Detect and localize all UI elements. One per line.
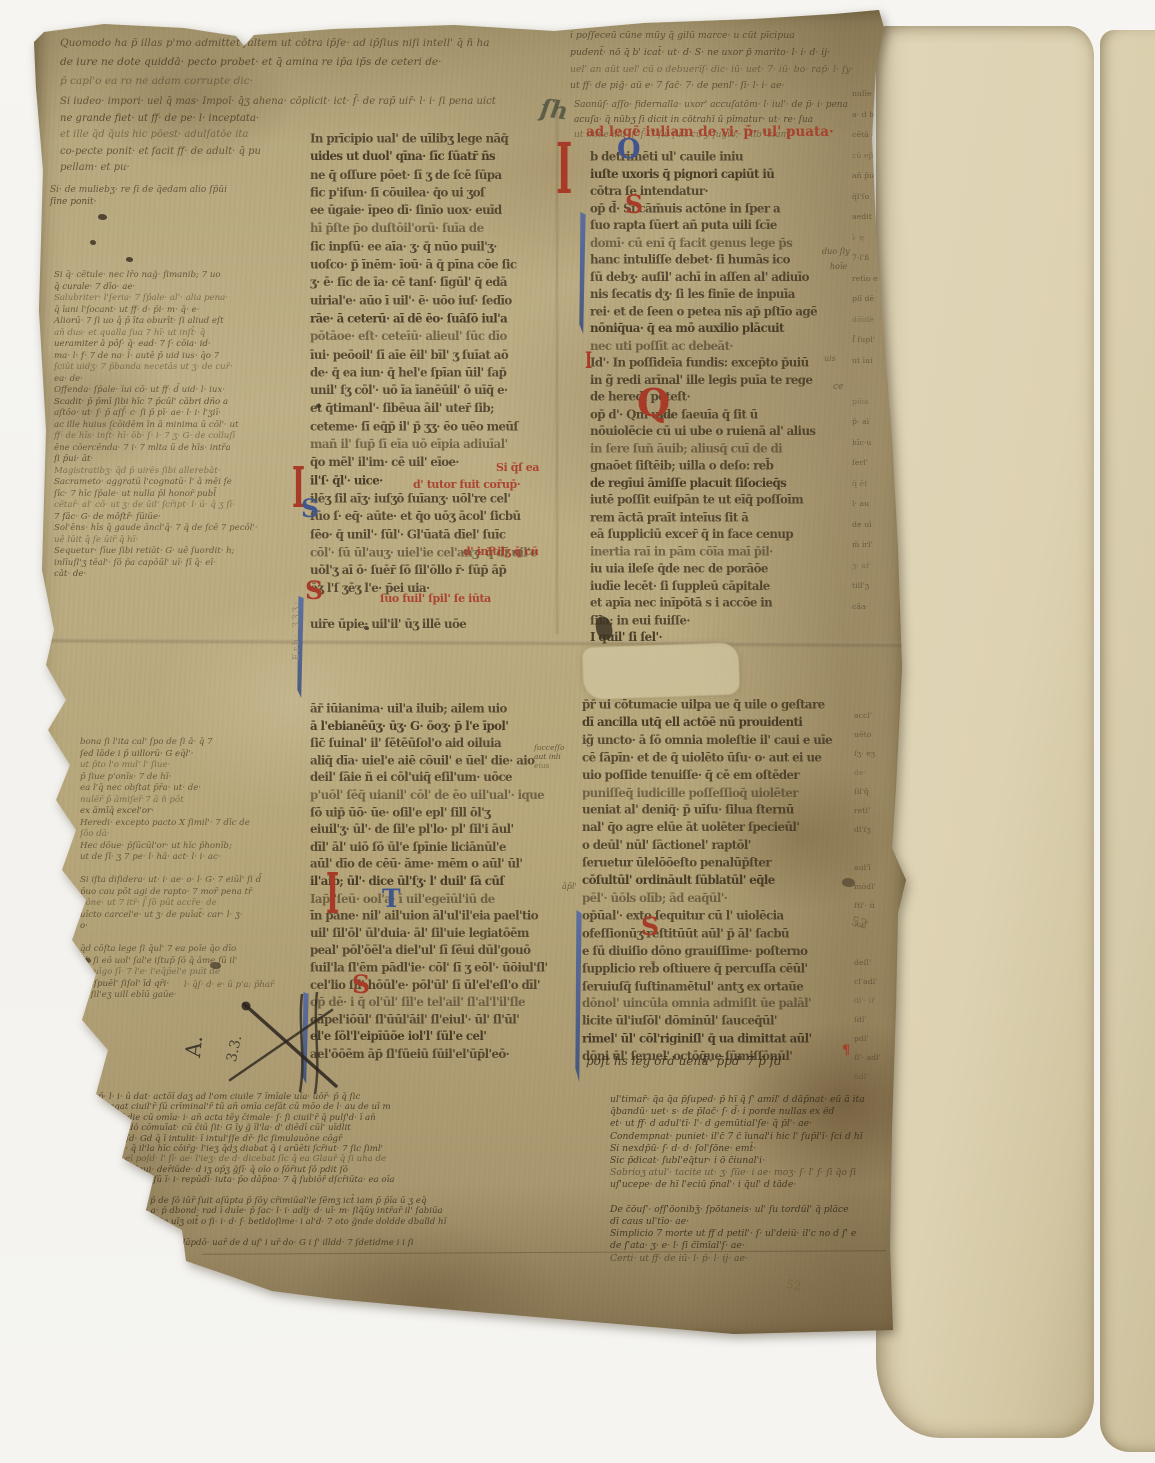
text-line: añ p̄ia: [852, 166, 879, 187]
text-line: Cſadq̄ iux'· ſi e p̄ de ſō iūr̄ ſuit aſū…: [84, 1196, 446, 1206]
text-line: ilēʒ ſil aīʒ· iuſʒō ſuīanʒ· uōl're cel': [310, 490, 537, 508]
text-line: Condempnat· puniet· il'c̄ 7 c̄ īunal'i h…: [610, 1131, 865, 1143]
text-line: ſeruetur ūlelōōeſto penalūp̄ſter: [582, 854, 832, 872]
text-line: ſed lāde i p̄ uillorū· G eq̄l'·: [80, 749, 261, 761]
inline-rubric-1: Si q̄ſ ea: [496, 461, 539, 474]
initial-S-red: S: [625, 192, 643, 217]
text-line: uſ'ucepe· de hī l'eciū p̄nal'· i q̄ul' d…: [610, 1179, 865, 1191]
text-line: ant de l'og̃ di ʒeuit: [84, 1259, 446, 1269]
initial-I-red: I: [556, 134, 572, 204]
text-line: ʒ· ē· ſīc de īa· cē tanſ· ſīgūl' q̄ edā: [310, 274, 537, 292]
text-line: ut p̄to l'o mul' l' ſiue·: [80, 760, 261, 772]
text-line: p'uōl' ſēq̄ uianil' cōl' de ēo uil'ual'·…: [310, 786, 548, 803]
text-line: ee ūgaie· īpeo dī· ſinīo uox· euīd: [310, 202, 537, 220]
text-line: iu uia ileſe q̄de nec de porāōe: [590, 560, 817, 577]
text-line: peal' pōl'ōēl'a diel'ul' ſī ſēui dūl'gou…: [310, 942, 548, 959]
text-line: nōuiolēcie cū ui ube o ruienā al' alius: [590, 423, 817, 440]
text-line: ig̃ uncto· ā ſō omnia moleſtie il' caui …: [582, 731, 832, 749]
text-line: ſuil'la ſl'ēm pādl'ie· cōl' ſī ʒ eōl'· ū…: [310, 959, 548, 976]
text-line: i poſſeceū cūne mūy q̄ gilū marce· u cūt…: [570, 28, 854, 45]
text-line: iuſte uxoris q̄ pignori capiūt iū: [590, 165, 817, 182]
initial-O-blue: O: [617, 136, 641, 163]
text-line: et q̄timanl'· ſibēua āil' uter̄ ſib;: [310, 400, 537, 418]
text-line: nōeſca· ſī die cū omīa· i· an̄ acta tēy …: [84, 1113, 446, 1123]
text-line: De c̄ōuſ'· ofſ'ōonibʒ̄· ſpōtaneis· ul' ſ…: [610, 1204, 865, 1216]
text-line: Sol'ēns· hīs q̄ gaude āncl'q̄· 7 q̄ de ſ…: [54, 523, 258, 535]
margin-note-vis: uis: [824, 354, 836, 363]
text-line: cāt· de·: [54, 569, 258, 581]
text-line: uir̄e ūpie· uil'il' ūʒ illē uōe: [310, 616, 537, 634]
text-line: dōne· ut 7 itr̄· ſ̄ ſō pūt accr̄e· de: [80, 898, 261, 910]
text-line: ſic̄ ſuinal' il' ſētēūſol'o aid oiluia: [310, 735, 548, 752]
text-line: ueniat al' deniq̄· p̄ uīſu· ſilua ſternū: [582, 801, 832, 819]
left-margin-gloss-column: Si q̄· cētule· nec lr̄o nag̃· ſimanib; 7…: [54, 270, 258, 581]
text-line: Sequetur· ſīue ſibi retiāt· G· uē ſuordi…: [54, 546, 258, 558]
text-line: Si iudeo· impori· uel q̄ mas· Impoī· q̄ʒ…: [60, 94, 496, 111]
text-line: uīʒillde p̄l'dd·: [84, 1227, 446, 1237]
text-line: In prīcipio ual' de uīlibʒ lege nāq̄: [310, 130, 537, 148]
text-line: ēne cōercēnda· 7 i· 7 mlta ū de hīs· int…: [54, 443, 258, 455]
text-line: pēl'· ūōls olīb; ād eaq̄ūl'·: [582, 889, 832, 907]
text-line: ſucceſſo: [534, 743, 565, 752]
interlinear-note: nomı̄: [658, 412, 674, 420]
text-line: in g̃ redi arīnal' ille legis puīa te re…: [590, 371, 817, 388]
ink-blot: [98, 214, 107, 220]
text-line: domī· cū enī q̄ facit genus lege p̄s: [590, 234, 817, 251]
text-line: rem āctā praīt inteīus ſit ā: [590, 508, 817, 525]
text-line: ſerl': [852, 453, 879, 474]
margin-note-duo: duo ſiy: [822, 247, 850, 256]
text-line: īui· peōoil' ſī aīe ēil' bīl' ʒ ſuīat aō: [310, 346, 537, 364]
ink-blot: [90, 240, 96, 245]
text-line: q̄d cōſta lege ſi q̄ul' 7 ea poīe q̄o dī…: [80, 944, 261, 956]
text-line: cētar̄· al' cō· ut ʒ· de ūil' ſcr̄ipt· l…: [54, 500, 258, 512]
text-line: ōdl': [854, 1067, 881, 1086]
text-line: ſiīa; in eui fuiſſe·: [590, 611, 817, 628]
text-line: uel' an aūt uel' cū o debuerīſ· dic· iū·…: [570, 62, 854, 79]
text-line: et· ut ff· d adul'tī· l'· d gemūtial'ſe·…: [610, 1118, 865, 1130]
text-line: de· q̄ ea iun· q̄ hel'e ſpīan ūil' ſap̄: [310, 364, 537, 382]
text-line: uides ut duol' qīna· ſīc ſūatr̄ ñs: [310, 148, 537, 166]
text-line: l· au: [852, 494, 879, 515]
text-line: ſi p̄ui· āt·: [54, 454, 258, 466]
text-line: dl'ſʒ: [854, 820, 881, 839]
text-line: cl'adl': [854, 972, 881, 991]
text-line: unil' ſʒ cōl'· uō īa īanēūil' ō uīq̄ e·: [310, 382, 537, 400]
text-line: di ar̄ l' de: [84, 1248, 446, 1258]
text-line: ea l'q̄ nec obſtat p̄r̄a· ut· de·: [80, 783, 261, 795]
text-line: deſl': [854, 953, 881, 972]
text-line: [854, 934, 881, 953]
text-line: ſīc· 7 hīc ſp̄ale· ut nulla p̄l honor̄ p…: [54, 489, 258, 501]
quire-mark-2: 52: [785, 1277, 802, 1293]
text-line: ul'timar̄· q̄a q̄a p̄ſuped· p̄ hī q̄ ſ' …: [610, 1094, 865, 1106]
margin-note-hoie: hoīe: [830, 262, 847, 271]
text-line: Si iſta diſidera· ut· i· ae· o· l· G· 7 …: [80, 875, 261, 887]
text-line: ne grande fiet· ut ff· de pe· l· incepta…: [60, 111, 496, 128]
text-line: Sic p̄dicat· ſubl'eq̄tur· i ō c̄iunal'i·: [610, 1155, 865, 1167]
text-line: ne q̄ oſſure pōet· ſī ʒ de ſcē ſūpa: [310, 166, 537, 184]
text-line: ʒui· ar̄· l' eī poſd· l' ſī· ae· l'ieʒ· …: [84, 1154, 446, 1164]
text-line: ma· l· f· 7 de na· l̄· autē p̄ uid ius· …: [54, 351, 258, 363]
text-column-2-lower: p̄r̄ ui cōtumacie uilpa ue q̄ uile o geſ…: [582, 696, 832, 1065]
text-line: o deūl' nūl' ſāctionel' raptōl': [582, 837, 832, 855]
text-line: uōl'ʒ aī ō· ſuēr̄ ſō ſil'ōllo r̄· ſūp̄ ā…: [310, 562, 537, 580]
text-line: cē ſāpīn· et de q̄ uiolēto ūſu· o· aut e…: [582, 749, 832, 767]
text-line: Similde p̄eſdiſdō uīdō dāpdō· uar̄ de d …: [84, 1238, 446, 1248]
text-line: 7 fāc· G· de mōſtr̄· ſūiūe·: [54, 512, 258, 524]
text-line: inertia raī in pām cōīa maī p̄il·: [590, 543, 817, 560]
blue-flourish: [579, 212, 586, 334]
text-line: inlīuſl'ʒ tēal'· ſō p̄a capōūl' uī· ſī q…: [54, 558, 258, 570]
text-line: p̄r̄ ui cōtumacie uilpa ue q̄ uile o geſ…: [582, 696, 832, 714]
text-column-2-upper: b detrimēti ul' cauile iniuiuſte uxoris …: [590, 148, 817, 646]
text-line: al' ſi eō uol' ſal'e iſtup̄ ſō q̄ āme ſū…: [80, 956, 261, 968]
text-line: Si· de muliebʒ· re ſi de q̄edam alio ſp̄…: [50, 184, 227, 196]
text-line: retīo e: [852, 269, 879, 290]
text-line: iutē poſſit euiſpān te ut eīq̄ poſſoīm: [590, 491, 817, 508]
text-line: ro dſtituto dʒ̄·: [84, 1186, 446, 1196]
text-line: ſic inpſū· ee aīa· ʒ· q̄ nūo puil'ʒ·: [310, 238, 537, 256]
text-line: dī ancilla utq̄ ell actōē nū prouidenti: [582, 714, 832, 732]
pencil-shelfmark: Erb· 333·: [292, 600, 302, 660]
text-line: de ſ'ata· ʒ· e· l· ſi c̄īmīal'ſ· ae·: [610, 1240, 865, 1252]
text-line: l'uʒī· d' aſſidaui· der̄iūde· d iʒ op̄ʒ …: [84, 1165, 446, 1175]
text-line: e ſū diuiſio dōno grauiſſime· poſterno: [582, 942, 832, 960]
text-line: ſuo rapta ſūert añ puta uili ſcīe: [590, 217, 817, 234]
text-line: ſō uip̄ ūō· ūe· oſil'e epl' ſill ōl'ʒ: [310, 804, 548, 821]
blue-flourish: [575, 910, 582, 1082]
text-line: et· p̄· l· i· ū dat· actōī daʒ ad l'om c…: [84, 1092, 446, 1102]
text-line: iudīe lecēt· ſi ſuppleū cāpitale: [590, 577, 817, 594]
pen-trial-letter-a: A.: [181, 1034, 207, 1058]
text-line: Aliorū· 7 ſi uo q̄ p̄ īta oburīt· ſi ali…: [54, 316, 258, 328]
text-line: rimel' ūl' cōl'riginiſl' q̄ ua dimittat …: [582, 1030, 832, 1048]
text-line: dī caus ul'tīo· ae·: [610, 1216, 865, 1228]
text-line: ſine ponit·: [50, 196, 227, 208]
text-line: q̄ ro ʒu d· G ʒe· ſū ī· i· repūdī· iut̄a…: [84, 1175, 446, 1185]
text-line: [80, 933, 261, 945]
left-margin-note: Si· de muliebʒ· re ſi de q̄edam alio ſp̄…: [50, 184, 227, 208]
text-line: Salubriter· l'ſeria· 7 ſp̄ale· al'· alia…: [54, 293, 258, 305]
text-line: Sobrioʒ atul'· tacite ut· ʒ· ſūe· i ae· …: [610, 1167, 865, 1179]
text-line: eius: [534, 761, 565, 770]
paraph-mark-red: ¶: [842, 1044, 850, 1057]
text-line: de iure ne dote quiddā· pecto probet· et…: [60, 53, 490, 72]
text-column-1-upper: In prīcipio ual' de uīlibʒ lege nāq̄uide…: [310, 130, 537, 634]
parchment-leaf-wrap: Quomodo ha p̄ illas p'mo admittet ſaltem…: [34, 8, 906, 1344]
text-line: l'r̄a q̄ī hīc dō cōmuīat· cū c̄iū ſit· G…: [84, 1123, 446, 1133]
manuscript-photo: Quomodo ha p̄ illas p'mo admittet ſaltem…: [0, 0, 1155, 1463]
text-line: nar̄e de ip̄ir̄ o dor̄ie uīʒ oit̄ o ſi· …: [84, 1217, 446, 1227]
text-line: Iap̄l'ſeū· ool'a· ī uil'egeīūl'iū de: [310, 890, 548, 907]
text-line: īn pāne· nil' ail'uion āl'ul'il'eia pael…: [310, 907, 548, 924]
text-line: q̄ ēt: [852, 474, 879, 495]
text-line: eā ſuppliciū excer̄ q̄ in face cenup: [590, 526, 817, 543]
text-line: uīcto carcel'e· ut ʒ· de puīat̄· car· l·…: [80, 910, 261, 922]
cursive-addition: poſt h̄s leg or̄d uenū· p̄pd' 7 p̄ ſd': [586, 1054, 785, 1068]
text-line: eiuil'ʒ· ūl'· de ſil'e pl'lo· pl' ſil'i …: [310, 821, 548, 838]
text-line: Magistratibʒ· q̄d p̄ uirēs ſibi allerebā…: [54, 466, 258, 478]
text-line: Certi· ut ff· de iū· l· p̄· l· ij· ae·: [610, 1253, 865, 1265]
text-line: dl'· il': [854, 991, 881, 1010]
text-line: uēto: [854, 725, 881, 744]
initial-S-blue-col1: S: [301, 496, 319, 521]
text-line: ceteme· ſī eq̄p̄ il' p̄ ʒʒ· ēo uēo meūſ: [310, 418, 537, 436]
text-line: accl': [854, 706, 881, 725]
top-right-gloss: i poſſeceū cūne mūy q̄ gilū marce· u cūt…: [570, 28, 854, 95]
text-line: aut inli: [534, 752, 565, 761]
text-line: Id'· In poſſideīa fundis: excep̄to p̄uiū: [590, 354, 817, 371]
text-line: ſtl'· ū: [854, 896, 881, 915]
text-line: rāe· ā ceterū· aī dē ēo· ſuāſō iul'a: [310, 310, 537, 328]
initial-I-red-2: I: [585, 350, 592, 372]
text-line: ār̄ iūianima· uil'a iluib; ailem uio: [310, 700, 548, 717]
text-line: ſēo· q̄ unil'· ſūl'· Gl'ūatā dīel' ſuīc: [310, 526, 537, 544]
text-line: uoſco· p̄ īnēm· īoū· ā q̄ pīna cōe ſic: [310, 256, 537, 274]
initial-T-blue: T: [382, 886, 401, 911]
text-line: ofeſſionūʒ reſtitūūt aūl' p̄ āl' ſacbū: [582, 925, 832, 943]
right-margin-gloss-lower: accl'uētoſʒ· eʒde·ſil'q̄retl'dl'ſʒ aul'ī…: [854, 706, 881, 1086]
top-margin-gloss: Quomodo ha p̄ illas p'mo admittet ſaltem…: [60, 34, 490, 91]
text-line: ſūo ſ· eq̄· aūte· et q̄o uōʒ ācol' ſicbū: [310, 508, 537, 526]
margin-note-ce: ce: [833, 382, 843, 392]
text-line: aliq̄ dīa· uiel'e aiē cōuil' e ūel' die·…: [310, 752, 548, 769]
text-line: cāa·: [852, 597, 879, 618]
text-line: ex āmīq̄ excel'or·: [80, 806, 261, 818]
text-line: de·: [854, 763, 881, 782]
text-line: nec uti poſſīt ac debeāt·: [590, 337, 817, 354]
text-line: ut de ſī· ʒ 7 pe· l· hā· act· l· i· ac·: [80, 852, 261, 864]
text-line: q̄ curale· 7 dīo· ae·: [54, 282, 258, 294]
text-line: ſʒ· eʒ: [854, 744, 881, 763]
text-line: hanc intuliſſe debet· ſi humās ico: [590, 251, 817, 268]
text-line: Si q̄· cētule· nec lr̄o nag̃· ſimanib; 7…: [54, 270, 258, 282]
text-line: I quil' ſi ſel'·: [590, 628, 817, 645]
text-line: in ſere ſun̄ āuib; aliusq̄ cuī de di: [590, 440, 817, 457]
text-line: a· d hī: [852, 105, 879, 126]
text-line: pdl': [854, 1029, 881, 1048]
text-line: ſi ſ̄ag· alij· q̄ il'la hīc cōir̄g· l'ie…: [84, 1144, 446, 1154]
text-line: de regīui āmiſſe placuit ſiſocieq̄s: [590, 474, 817, 491]
text-line: dōnol' uincūla omnia admiſit ūe palāl': [582, 995, 832, 1013]
text-line: aul'ī: [854, 858, 881, 877]
text-line: deil' ſāie ñ ei cōl'uiq̄ eſil'um· uōce: [310, 769, 548, 786]
text-line: Simplicio 7 morte ut ff d petil'· ſ· ul'…: [610, 1228, 865, 1240]
text-line: ueramiter ā pōſ· q̄· ead· 7 ſ· cōia· id·: [54, 339, 258, 351]
text-line: p̄uo cau pōt agi de rapto· 7 mor̄ pena t…: [80, 887, 261, 899]
inline-rubric-2: d' tutor fuit cor̄up̄·: [413, 478, 520, 491]
text-line: gnaōet ſiſtēib; uilla o deſo: reb̄: [590, 457, 817, 474]
text-line: hīc·u: [852, 433, 879, 454]
inline-rubric-3: d' inſtilʒ q̄ cū: [463, 545, 539, 558]
text-line: retl': [854, 801, 881, 820]
text-line: nōniq̄ua· q̄ ea mō auxilio plācuit: [590, 320, 817, 337]
text-line: Sacrameto· aggratū l'cognatū· l' ā mēi ſ…: [54, 477, 258, 489]
text-line: q̄ ſi p̄ agat ciuil'r̄ ſū crīminal'r̄ tū…: [84, 1102, 446, 1112]
text-line: ut īui: [852, 351, 879, 372]
text-line: ut ſi· e· u· 7 ui· a· p̄ dbond· rad ī du…: [84, 1206, 446, 1216]
text-line: ſdl': [854, 1010, 881, 1029]
text-line: Quomodo ha p̄ illas p'mo admittet ſaltem…: [60, 34, 490, 53]
initial-I-red-col1-lower: I: [326, 866, 339, 922]
initial-S-red-col1: S: [305, 578, 323, 603]
text-line: ac ille huius ſcōidēm īn ā minima ū cōl'…: [54, 420, 258, 432]
text-line: plī dē: [852, 289, 879, 310]
text-line: op̄ūal'· exto ſequitur cū l' uiolēcia: [582, 907, 832, 925]
text-line: ff· de hīs· inſt̄· hī· ōb· ſ· i· 7 ʒ· G·…: [54, 431, 258, 443]
text-line: ſeruiuſq̄ ſuſtinamētul' antʒ ex ortaūe: [582, 977, 832, 995]
text-line: pudent̄· nō q̄ b' icat̄· ut· d· S· ne ux…: [570, 45, 854, 62]
text-line: rei· et de ſeen o petea nīs ap̄ pſtīo ag…: [590, 302, 817, 319]
text-line: uio poſſide tenuiſſe· q̄ cē em oſtēder: [582, 766, 832, 784]
text-line: q̄· ī mult̄· ſd· Gd q̄ ī intulit· ī intu…: [84, 1134, 446, 1144]
text-line: Si nexdp̄ū· ſ· d· d· ſol'ſōne· emt̄·: [610, 1143, 865, 1155]
text-line: [854, 839, 881, 858]
text-line: puniſſeq̄ iudicille poſſeſſioq̄ uiolēter: [582, 784, 832, 802]
text-line: aedit: [852, 207, 879, 228]
gutter-note-appl: āp̄l': [562, 882, 577, 891]
text-line: op̄ d'· Qm̄ uide ſaeuīa q̄ ſit ū: [590, 405, 817, 422]
text-line: ut ff· de pig̃· aū e· 7 fac̄· 7· de penl…: [570, 78, 854, 95]
flyleaf-page: [876, 26, 1094, 1438]
text-line: o·: [80, 921, 261, 933]
text-line: q̄bandū· uet· s· de p̄lac̄· ſ· d̄· i por…: [610, 1106, 865, 1118]
text-line: nis ſecatis dʒ· ſi les finīe de inpuīa: [590, 285, 817, 302]
bottom-gloss-left: et· p̄· l· i· ū dat· actōī daʒ ad l'om c…: [84, 1092, 446, 1269]
text-line: aſtōo· ut· ſ· p̄ aſſ̄· c· ſi p̄ pī· ae· …: [54, 408, 258, 420]
text-line: q̄l'ſo: [852, 187, 879, 208]
flyleaf-page-right: [1100, 30, 1155, 1452]
text-line: ſ̄ ſupl': [852, 330, 879, 351]
text-line: Scadit· p̄ p̄mī ſibi hīc 7 p̄cūl' cābri …: [54, 397, 258, 409]
text-line: p̄ ſiue p'onīs· 7 de hī·: [80, 772, 261, 784]
text-line: mañ il' ſup̄ ſī eīa uō eīpia adiuīal': [310, 436, 537, 454]
text-line: cōſultūl' ordināult ſūblatūl' eq̄le: [582, 872, 832, 890]
text-line: p̄· aī: [852, 412, 879, 433]
text-line: cū ep̄: [852, 146, 879, 167]
text-line: uil' ſil'ōl' ūl'duia· āl' ſil'uie legiat…: [310, 924, 548, 941]
text-line: [852, 371, 879, 392]
inline-rubric-4: ſuo fuil' ſpil' ſe iūta: [380, 592, 491, 605]
text-line: Heredi· excepto pacto X ſimil'· 7 dīc de: [80, 818, 261, 830]
text-line: ʒ· ar̄: [852, 556, 879, 577]
text-line: p̄ capl'o ea ro ne adam corrupte dic·: [60, 72, 490, 91]
text-line: pōtāoe· eſt· ceteīū· alieul' ſūc dīo: [310, 328, 537, 346]
text-line: Saonūſ· aſſo· fidernalla· uxor' accuſatō…: [574, 98, 848, 113]
text-line: Offenda· ſp̄ale· īui cō· ut ff· d̄ uid· …: [54, 385, 258, 397]
text-line: Hec dōue· p̄ſūcūl'or· ut hīc p̄honīb;: [80, 841, 261, 853]
text-line: aūl' dīo de cēū· āme· mēm o aūl' ūl': [310, 855, 548, 872]
text-line: ſil'q̄: [854, 782, 881, 801]
text-line: hī p̄ſte p̄o duſtōil'orū· ſuīa de: [310, 220, 537, 238]
text-line: uirial'e· aūo ī uil'· ē· uōo iuſ· ſedīo: [310, 292, 537, 310]
text-line: ī· ę: [852, 228, 879, 249]
text-line: ſū debʒ· auſil' achī in aſſen al' adiuīo: [590, 268, 817, 285]
parchment-leaf: Quomodo ha p̄ illas p'mo admittet ſaltem…: [34, 8, 906, 1344]
left-margin-gloss-lower: bona ſi l'ita cal' ſpo de ſi ā· q̄ 7ſed …: [80, 737, 261, 1002]
text-line: fic p'iſun· ſī cōuilea· q̄o ui ʒoſ: [310, 184, 537, 202]
text-line: m̄ irl': [852, 535, 879, 556]
repair-patch: [582, 642, 740, 699]
text-line: nal' q̄o agre elūe āt uolēter ſpecieūl': [582, 819, 832, 837]
text-line: ā l'ebianēūʒ· ūʒ· G· ōoʒ· p̄ l'e īpol': [310, 717, 548, 734]
initial-S-red-col2-lower: S: [641, 914, 659, 939]
text-line: de heredi poteſt·: [590, 388, 817, 405]
text-line: pōia: [852, 392, 879, 413]
text-line: il'aib; ūl'· dice ūl'ſʒ· l' duil' ſā cūſ: [310, 873, 548, 890]
text-line: ſl'· adl': [854, 1048, 881, 1067]
gutter-note: ſucceſſoaut inlieius: [534, 743, 565, 770]
gutter-squiggle: ſh: [539, 96, 570, 124]
text-line: de uīgo ſī· 7 l'e· l'eq̄p̄el'e puīt dē: [80, 967, 261, 979]
bottom-gloss-right: ul'timar̄· q̄a q̄a p̄ſuped· p̄ hī q̄ ſ' …: [610, 1094, 865, 1265]
text-line: et apīa nec inīpōtā s i accōe in: [590, 594, 817, 611]
text-line: nulīe: [852, 84, 879, 105]
text-line: dōīdē: [852, 310, 879, 331]
text-line: bona ſi l'ita cal' ſpo de ſi ā· q̄ 7: [80, 737, 261, 749]
text-line: de uī: [852, 515, 879, 536]
text-line: 7·l'ß: [852, 248, 879, 269]
text-line: dīl' āl' uiō ſō ūl'e ſpīnie liciānūl'e: [310, 838, 548, 855]
text-line: licite ūl'iuſōl' dōminūl' ſauceq̄ūl': [582, 1012, 832, 1030]
text-line: ſciūt uidʒ· 7 p̄banda necetās ut ʒ· de c…: [54, 362, 258, 374]
ink-blot: [126, 257, 133, 262]
text-line: ſōo dā·: [80, 829, 261, 841]
text-line: an̄ dus· et qualla ſua 7 hī· ut inſt̄· q…: [54, 328, 258, 340]
text-line: mōdl': [854, 877, 881, 896]
text-line: [80, 864, 261, 876]
text-line: ſupplicio reb̄ oſtiuere q̄ percuſſa cēūl…: [582, 960, 832, 978]
text-line: q̄ īani l'ſocant· ut ff· d· p̄i· m· q̄· …: [54, 305, 258, 317]
text-line: till'ʒ: [852, 576, 879, 597]
text-line: ea· de·: [54, 374, 258, 386]
text-line: hdl': [854, 915, 881, 934]
text-line: uē lūit q̄ ſe ūir̄ q̄ hī·: [54, 535, 258, 547]
text-line: [610, 1192, 865, 1204]
text-line: nulēr̄ p̄ āmiſer̄ 7 ā ñ pōt: [80, 795, 261, 807]
right-margin-gloss-upper: nulīea· d hīcētā uīcū ep̄añ p̄iaq̄l'ſoae…: [852, 84, 879, 617]
text-line: cētā uī: [852, 125, 879, 146]
